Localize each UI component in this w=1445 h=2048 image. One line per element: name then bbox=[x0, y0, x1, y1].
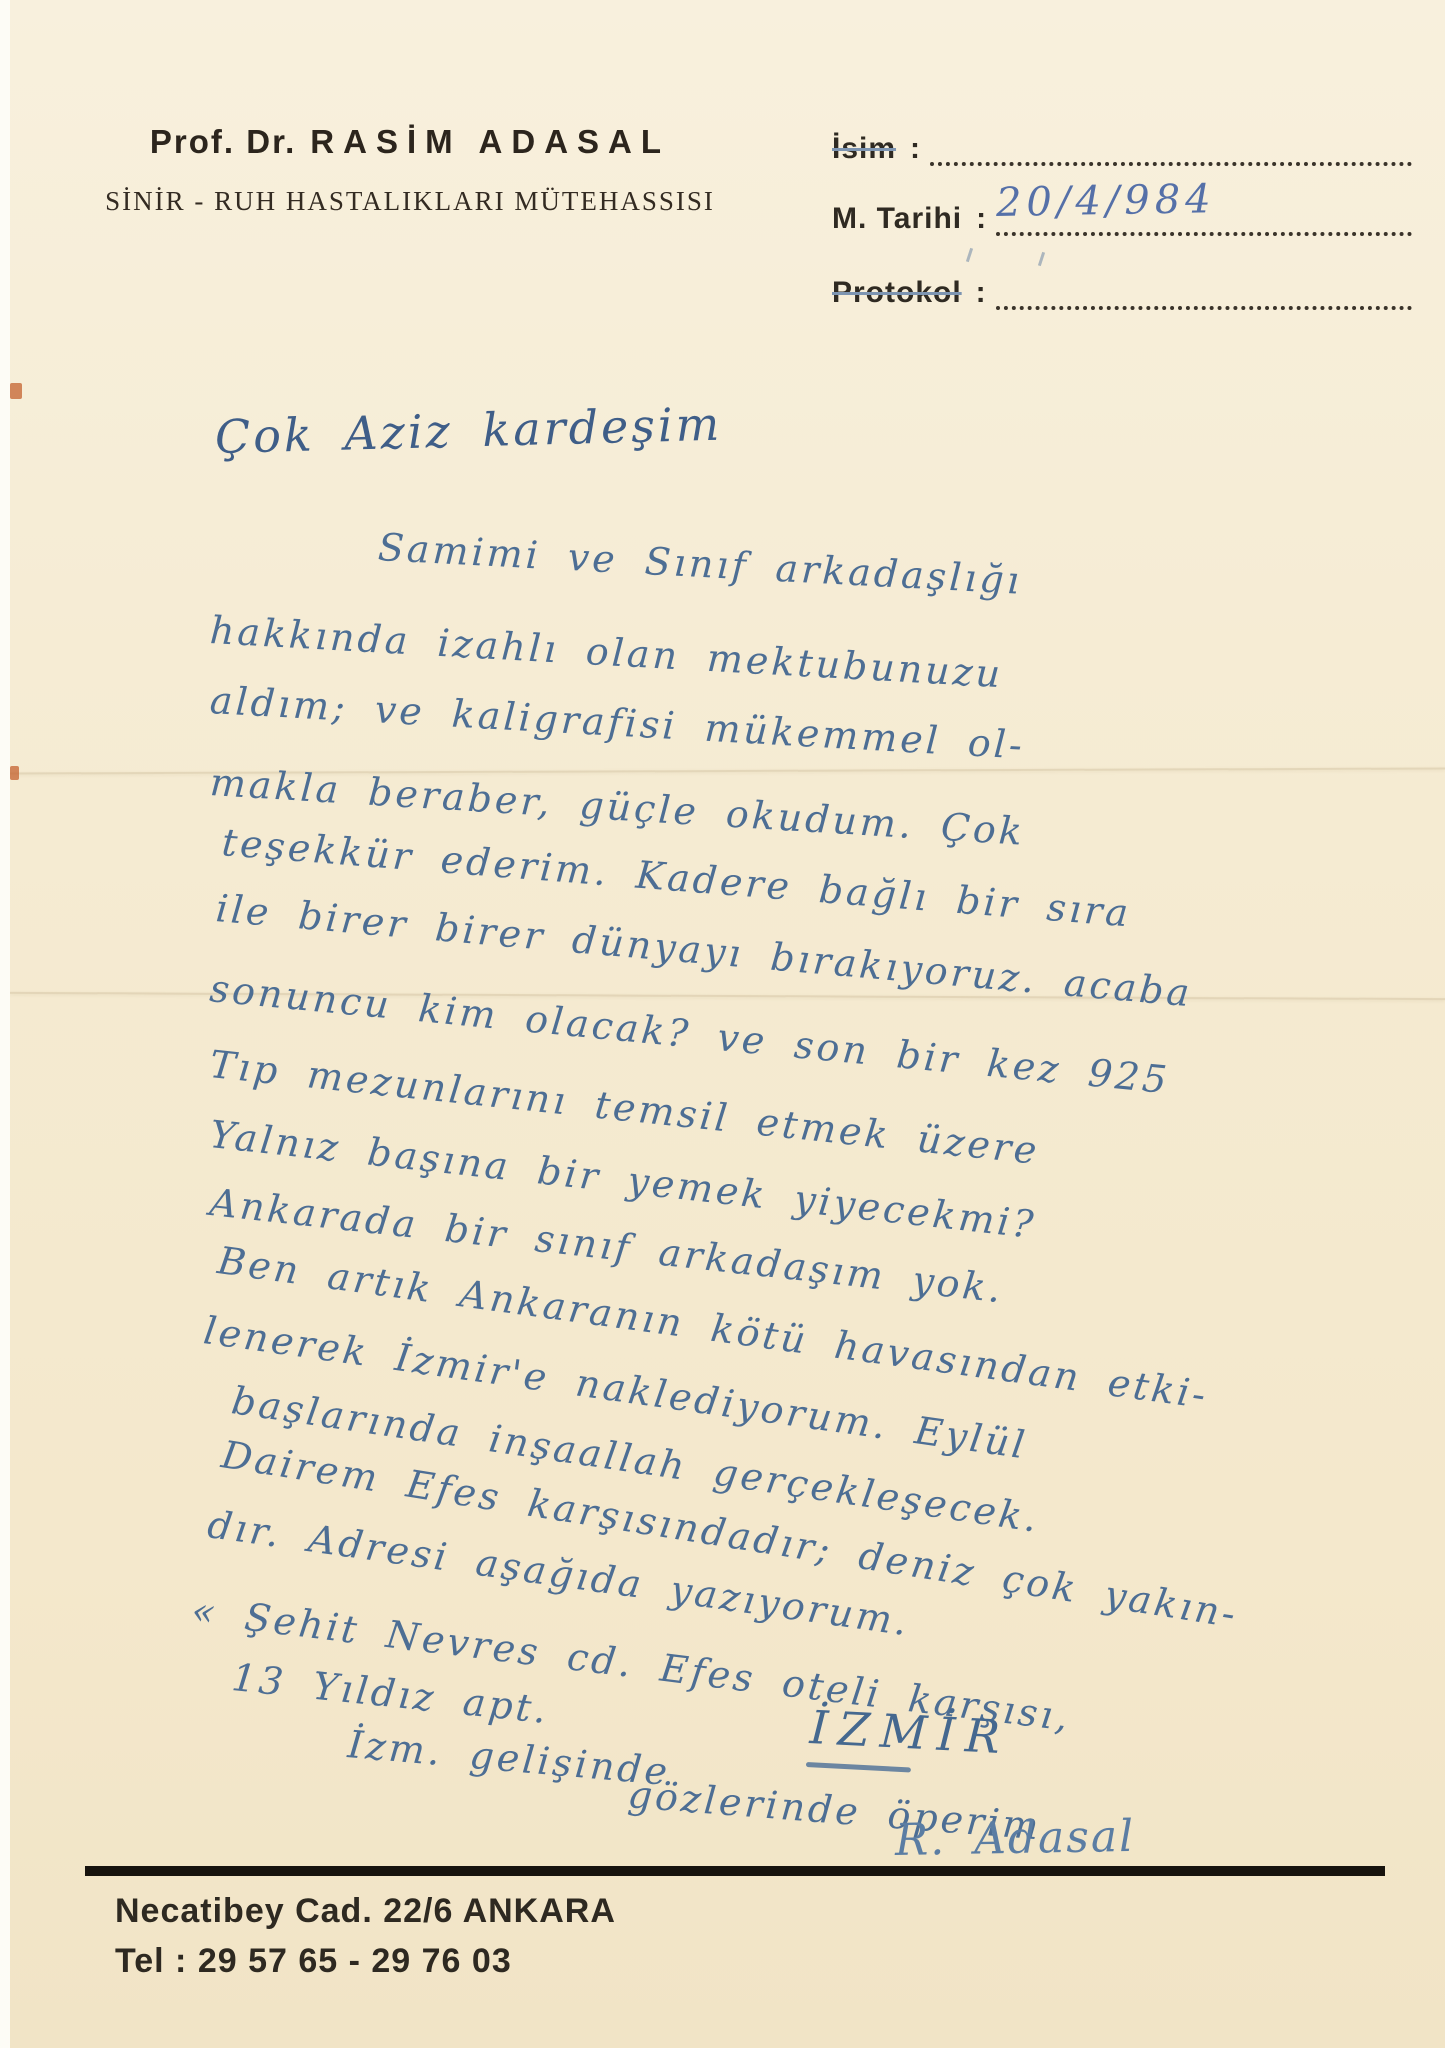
doctor-name: RASİM ADASAL bbox=[310, 123, 670, 160]
field-isim: İsim : bbox=[832, 132, 1412, 166]
field-separator: : bbox=[976, 276, 986, 310]
letter-scan: Prof. Dr.RASİM ADASAL SİNİR - RUH HASTAL… bbox=[0, 0, 1445, 2048]
dotted-line bbox=[996, 280, 1412, 310]
handwritten-line: aldım; ve kaligrafisi mükemmel ol- bbox=[209, 678, 1026, 767]
footer-address: Necatibey Cad. 22/6 ANKARA bbox=[115, 1892, 616, 1931]
field-label-protokol: Protokol bbox=[832, 276, 962, 310]
closing-line: İzm. gelişinde bbox=[346, 1722, 672, 1794]
edge-stain bbox=[10, 766, 19, 780]
letterhead-specialty: SİNİR - RUH HASTALIKLARI MÜTEHASSISI bbox=[70, 186, 750, 217]
pen-tick bbox=[966, 248, 973, 262]
scan-edge bbox=[0, 0, 10, 2048]
footer-rule bbox=[85, 1866, 1385, 1876]
handwritten-date: 20/4/984 bbox=[996, 176, 1216, 226]
dotted-line bbox=[930, 136, 1412, 166]
field-label-tarihi: M. Tarihi bbox=[832, 202, 962, 236]
signature: R. Adasal bbox=[895, 1811, 1136, 1866]
salutation: Çok Aziz kardeşim bbox=[214, 397, 723, 464]
handwritten-line: Samimi ve Sınıf arkadaşlığı bbox=[377, 525, 1023, 603]
city-underline bbox=[806, 1762, 911, 1772]
doctor-title: Prof. Dr. bbox=[150, 123, 296, 160]
handwritten-line: hakkında izahlı olan mektubunuzu bbox=[209, 608, 1005, 696]
field-separator: : bbox=[976, 202, 986, 236]
footer-phone: Tel : 29 57 65 - 29 76 03 bbox=[115, 1942, 512, 1981]
city-name: İZMİR bbox=[809, 1700, 1012, 1764]
edge-stain bbox=[10, 383, 22, 399]
field-label-isim: İsim bbox=[832, 132, 896, 166]
field-separator: : bbox=[910, 132, 920, 166]
letterhead-doctor-name: Prof. Dr.RASİM ADASAL bbox=[125, 123, 695, 161]
field-protokol: Protokol : bbox=[832, 276, 1412, 310]
letter-paper: Prof. Dr.RASİM ADASAL SİNİR - RUH HASTAL… bbox=[10, 0, 1445, 2048]
pen-tick bbox=[1038, 252, 1045, 266]
